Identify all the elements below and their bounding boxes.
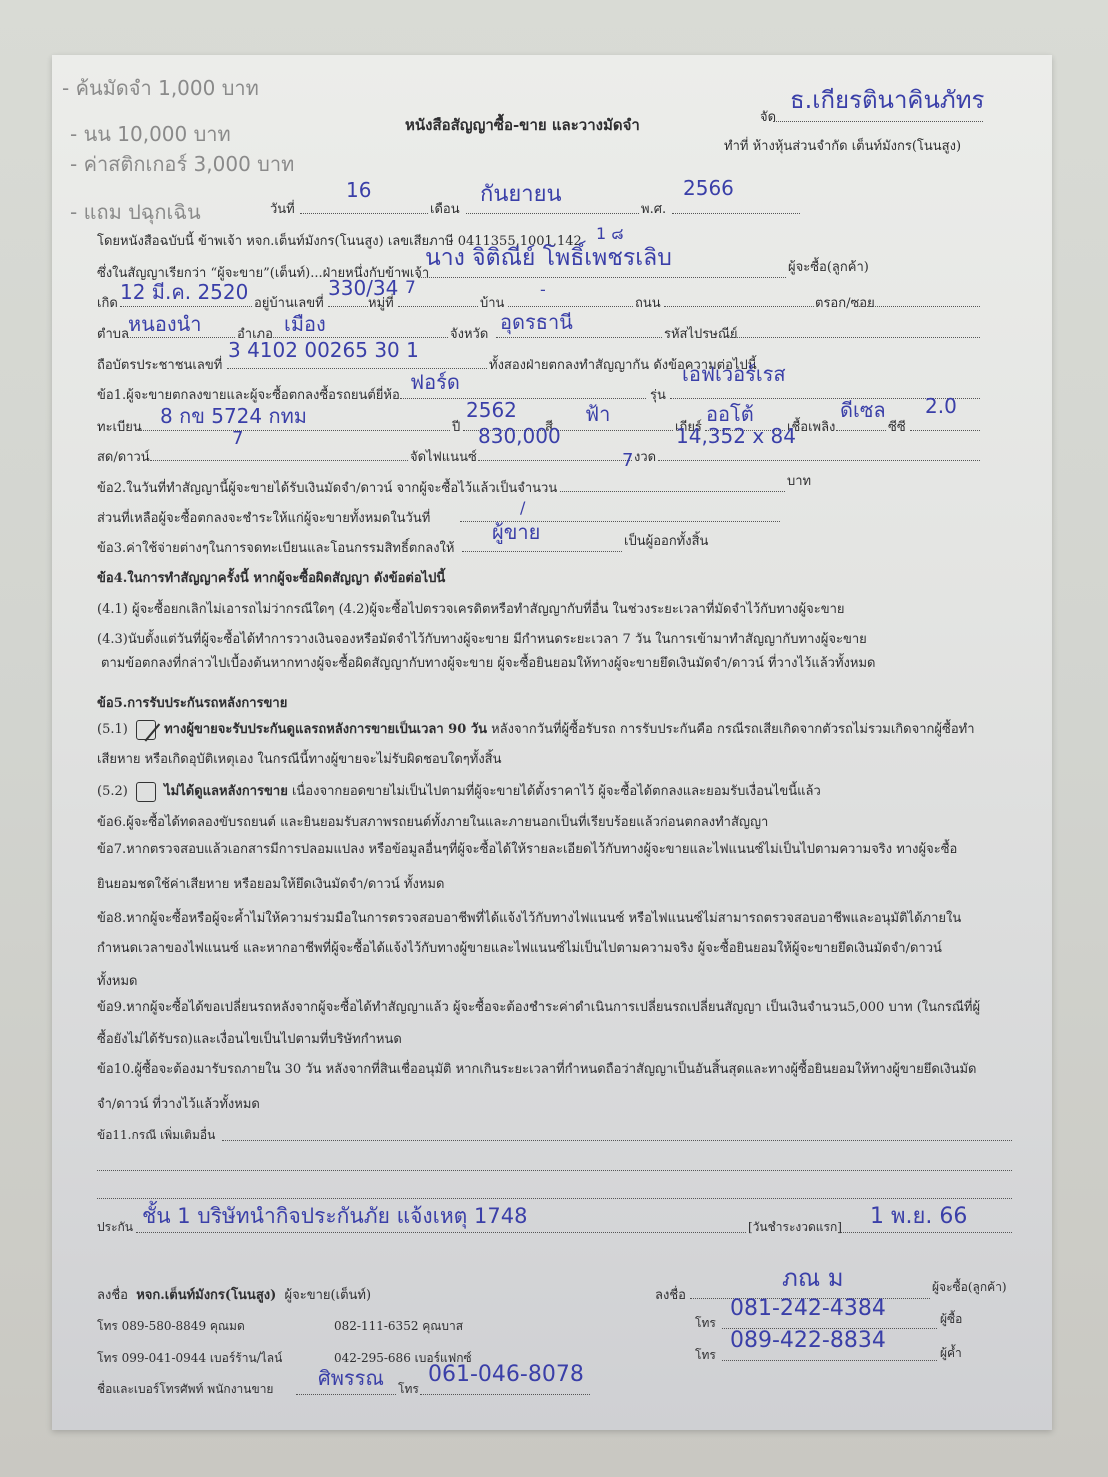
no-warranty-checkbox[interactable] (136, 782, 156, 802)
finance-label: จัดไฟแนนซ์ (410, 446, 477, 467)
seller-sign-label: ลงชื่อ (97, 1288, 128, 1303)
clause-5-1-number: (5.1) (97, 722, 128, 737)
clause-4: ข้อ4.ในการทำสัญญาครั้งนี้ หากผู้จะซื้อผิ… (97, 567, 445, 588)
clause-3: ข้อ3.ค่าใช้จ่ายต่างๆในการจดทะเบียนและโอน… (97, 537, 454, 558)
province-label: จังหวัด (450, 323, 488, 344)
guarantor-phone-role: ผู้ค้ำ (940, 1344, 962, 1363)
buyer-role: ผู้จะซื้อ(ลูกค้า) (788, 256, 869, 277)
buyer-sign-role: ผู้จะซื้อ(ลูกค้า) (932, 1278, 1007, 1297)
installment-value: 14,352 x 84 (676, 424, 796, 448)
pencil-note-2: - นน 10,000 บาท (70, 118, 231, 150)
registration-label: ทะเบียน (97, 416, 142, 437)
finance-value: 830,000 (478, 424, 561, 448)
pencil-note-3: - ค่าสติกเกอร์ 3,000 บาท (70, 148, 294, 180)
year-label: พ.ศ. (641, 198, 666, 219)
salesperson-phone-label: โทร (398, 1380, 419, 1399)
insurance-label: ประกัน (97, 1218, 133, 1237)
color-value: ฟ้า (585, 398, 610, 430)
seller-name: หจก.เต็นท์มังกร(โนนสูง) (136, 1288, 276, 1303)
clause-5-2-number: (5.2) (97, 784, 128, 799)
id-card-value: 3 4102 00265 30 1 (228, 338, 419, 362)
first-payment-value: 1 พ.ย. 66 (870, 1198, 967, 1233)
guarantor-phone: 089-422-8834 (730, 1328, 886, 1353)
year-label: ปี (452, 416, 460, 437)
clause-7b: ยินยอมชดใช้ค่าเสียหาย หรือยอมให้ยึดเงินม… (97, 873, 444, 894)
id-card-label: ถือบัตรประชาชนเลขที่ (97, 354, 222, 375)
buyer-sign-label: ลงชื่อ (655, 1284, 686, 1305)
clause-11: ข้อ11.กรณี เพิ่มเติมอื่น (97, 1126, 215, 1145)
month-label: เดือน (430, 198, 460, 219)
seller-phone-2: 082-111-6352 คุณบาส (334, 1317, 463, 1336)
postcode-label: รหัสไปรษณีย์ (664, 323, 738, 344)
remaining-date-value: / (520, 498, 525, 517)
salesperson-name: ศิพรรณ (318, 1362, 384, 1394)
road-label: ถนน (635, 292, 661, 313)
born-label: เกิด (97, 292, 118, 313)
province-value: อุดรธานี (500, 306, 573, 338)
seller-sign-block: ลงชื่อ หจก.เต็นท์มังกร(โนนสูง) ผู้จะขาย(… (97, 1284, 371, 1305)
clause-5-1-rest: หลังจากวันที่ผู้ซื้อรับรถ การรับประกันคื… (487, 722, 975, 737)
cc-label: ซีซี (888, 416, 906, 437)
down-label: สด/ดาวน์ (97, 446, 150, 467)
date-label: วันที่ (270, 198, 295, 219)
bank-value: ธ.เกียรตินาคินภัทร (790, 80, 984, 119)
clause-6: ข้อ6.ผู้จะซื้อได้ทดลองขับรถยนต์ และยินยอ… (97, 811, 768, 832)
clause-4-3: (4.3)นับตั้งแต่วันที่ผู้จะซื้อได้ทำการวา… (97, 628, 867, 649)
year-value: 2566 (683, 176, 734, 200)
buyer-phone-label: โทร (695, 1314, 716, 1333)
clause-10a: ข้อ10.ผู้ซื้อจะต้องมารับรถภายใน 30 วัน ห… (97, 1058, 976, 1079)
clause-5-1: (5.1) ทางผู้ขายจะรับประกันดูแลรถหลังการข… (97, 718, 975, 740)
buyer-signature: ภณ ม (782, 1258, 844, 1297)
document-title: หนังสือสัญญาซื้อ-ขาย และวางมัดจำ (405, 113, 640, 137)
fuel-value: ดีเซล (840, 394, 886, 426)
clause-5-1-bold: ทางผู้ขายจะรับประกันดูแลรถหลังการขายเป็น… (164, 722, 487, 737)
buyer-phone: 081-242-4384 (730, 1296, 886, 1321)
buyer-name: นาง จิติณีย์ โพธิ์เพชรเลิบ (425, 240, 672, 276)
salesperson-label: ชื่อและเบอร์โทรศัพท์ พนักงานขาย (97, 1380, 273, 1399)
vehicle-year-value: 2562 (466, 398, 517, 422)
insurance-value: ชั้น 1 บริษัทนำกิจประกันภัย แจ้งเหตุ 174… (142, 1200, 527, 1233)
salesperson-phone: 061-046-8078 (428, 1362, 584, 1387)
clause-5-2-rest: เนื่องจากยอดขายไม่เป็นไปตามที่ผู้จะขายได… (288, 784, 821, 799)
clause-7a: ข้อ7.หากตรวจสอบแล้วเอกสารมีการปลอมแปลง ห… (97, 838, 957, 859)
clause-5-2-bold: ไม่ได้ดูแลหลังการขาย (164, 784, 288, 799)
clause-5-1-cont: เสียหาย หรือเกิดอุบัติเหตุเอง ในกรณีนี้ท… (97, 748, 502, 769)
clause-4-1: (4.1) ผู้จะซื้อยกเลิกไม่เอารถไม่ว่ากรณีใ… (97, 598, 845, 619)
model-label: รุ่น (650, 384, 666, 405)
seller-role: ผู้จะขาย(เต็นท์) (285, 1288, 372, 1303)
clause-2a: ข้อ2.ในวันที่ทำสัญญานี้ผู้จะขายได้รับเงิ… (97, 477, 557, 498)
village-value: - (540, 280, 546, 299)
warranty-90-days-checkbox[interactable] (136, 720, 156, 740)
moo-value: 7 (405, 278, 416, 298)
fees-payer-value: ผู้ขาย (492, 516, 540, 548)
born-value: 12 มี.ค. 2520 (120, 276, 248, 308)
made-at: ทำที่ ห้างหุ้นส่วนจำกัด เต็นท์มังกร(โนนส… (724, 135, 961, 156)
pencil-note-4: - แถม ปฉุกเฉิน (70, 196, 201, 228)
bank-label: จัด (760, 106, 776, 127)
month-value: กันยายน (480, 176, 562, 211)
subdistrict-label: ตำบล (97, 323, 129, 344)
clause-8b: กำหนดเวลาของไฟแนนซ์ และหากอาชีพที่ผู้จะซ… (97, 937, 942, 958)
seller-phone-3: โทร 099-041-0944 เบอร์ร้าน/ไลน์ (97, 1349, 282, 1368)
alley-label: ตรอก/ซอย (815, 292, 875, 313)
clause-4-4: ตามข้อตกลงที่กล่าวไปเบื้องต้นหากทางผู้จะ… (101, 652, 875, 673)
clause-2b: ส่วนที่เหลือผู้จะซื้อตกลงจะชำระให้แก่ผู้… (97, 507, 430, 528)
model-value: เอฟเวอร์เรส (682, 358, 786, 390)
deposit-value: 7 (622, 450, 633, 471)
district-value: เมือง (284, 308, 326, 340)
pencil-note-1: - ค้นมัดจำ 1,000 บาท (62, 72, 259, 104)
cc-value: 2.0 (925, 394, 957, 418)
clause-5-2: (5.2) ไม่ได้ดูแลหลังการขาย เนื่องจากยอดข… (97, 780, 821, 802)
buyer-phone-role: ผู้ซื้อ (940, 1310, 962, 1329)
installment-label: งวด (634, 446, 656, 467)
clause-10b: จำ/ดาวน์ ที่วางไว้แล้วทั้งหมด (97, 1093, 260, 1114)
guarantor-phone-label: โทร (695, 1346, 716, 1365)
clause-9b: ซื้อยังไม่ได้รับรถ)และเงื่อนไขเป็นไปตามท… (97, 1028, 402, 1049)
clause-8c: ทั้งหมด (97, 970, 138, 991)
seller-phone-1: โทร 089-580-8849 คุณมด (97, 1317, 245, 1336)
subdistrict-value: หนองนำ (128, 308, 202, 340)
date-value: 16 (346, 178, 371, 202)
first-payment-label: [วันชำระงวดแรก] (748, 1218, 842, 1237)
brand-value: ฟอร์ด (410, 366, 460, 398)
clause-8a: ข้อ8.หากผู้จะซื้อหรือผู้จะค้ำไม่ให้ความร… (97, 907, 961, 928)
clause-5: ข้อ5.การรับประกันรถหลังการขาย (97, 692, 287, 713)
moo-label: หมู่ที่ (368, 292, 394, 313)
baht-unit: บาท (787, 470, 811, 491)
down-value: 7 (232, 428, 243, 449)
clause-3-suffix: เป็นผู้ออกทั้งสิ้น (624, 530, 708, 551)
clause-9a: ข้อ9.หากผู้จะซื้อได้ขอเปลี่ยนรถหลังจากผู… (97, 996, 980, 1017)
